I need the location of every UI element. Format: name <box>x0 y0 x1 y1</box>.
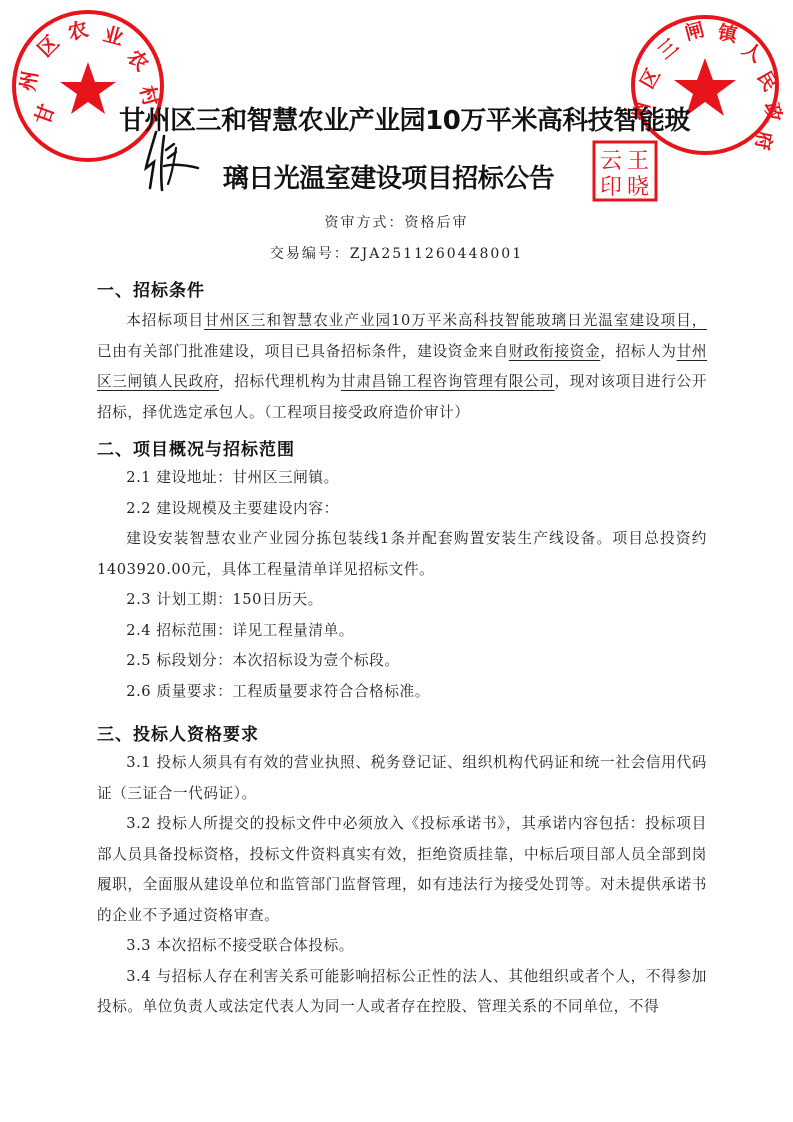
section-3-body: 3.1 投标人须具有有效的营业执照、税务登记证、组织机构代码证和统一社会信用代码… <box>97 748 707 1023</box>
svg-text:农: 农 <box>122 45 153 76</box>
review-method: 资审方式：资格后审 <box>0 212 793 232</box>
svg-text:业: 业 <box>101 22 127 50</box>
text-run: 本招标项目 <box>126 312 204 329</box>
item-2-6: 2.6 质量要求：工程质量要求符合合格标准。 <box>97 677 707 708</box>
svg-text:州: 州 <box>15 69 42 93</box>
svg-text:农: 农 <box>65 16 91 44</box>
svg-text:闸: 闸 <box>682 18 706 45</box>
svg-text:区: 区 <box>636 65 665 92</box>
svg-text:镇: 镇 <box>716 20 741 47</box>
item-3-1: 3.1 投标人须具有有效的营业执照、税务登记证、组织机构代码证和统一社会信用代码… <box>97 748 707 809</box>
document-page: 甘 州 区 农 业 农 村 州 区 三 闸 镇 人 民 政 府 云 王 印 晓 … <box>0 0 793 1122</box>
item-3-2: 3.2 投标人所提交的投标文件中必须放入《投标承诺书》，其承诺内容包括：投标项目… <box>97 809 707 931</box>
item-2-1: 2.1 建设地址：甘州区三闸镇。 <box>97 463 707 494</box>
svg-text:区: 区 <box>33 30 64 61</box>
item-2-2: 2.2 建设规模及主要建设内容： <box>97 494 707 525</box>
agent-name: 甘肃昌锦工程咨询管理有限公司 <box>341 373 555 390</box>
document-title-line-1: 甘州区三和智慧农业产业园10万平米高科技智能玻 <box>8 100 793 137</box>
text-run: ，招标人为 <box>600 343 676 360</box>
project-name: 甘州区三和智慧农业产业园10万平米高科技智能玻璃日光温室建设项目， <box>204 312 707 329</box>
item-3-4: 3.4 与招标人存在利害关系可能影响招标公正性的法人、其他组织或者个人，不得参加… <box>97 962 707 1023</box>
trade-number: 交易编号：ZJA2511260448001 <box>0 243 793 263</box>
item-2-5: 2.5 标段划分：本次招标设为壹个标段。 <box>97 646 707 677</box>
text-run: 已由有关部门批准建设，项目已具备招标条件，建设资金来自 <box>97 343 509 360</box>
document-title-line-2: 璃日光温室建设项目招标公告 <box>0 158 785 195</box>
section-heading-3: 三、投标人资格要求 <box>97 720 259 745</box>
section-heading-1: 一、招标条件 <box>97 276 205 301</box>
fund-source: 财政衔接资金 <box>509 343 601 360</box>
section-1-body: 本招标项目甘州区三和智慧农业产业园10万平米高科技智能玻璃日光温室建设项目，已由… <box>97 306 707 428</box>
section-heading-2: 二、项目概况与招标范围 <box>97 435 295 460</box>
item-2-4: 2.4 招标范围：详见工程量清单。 <box>97 616 707 647</box>
item-3-3: 3.3 本次招标不接受联合体投标。 <box>97 931 707 962</box>
svg-text:三: 三 <box>654 35 683 64</box>
text-run: ，招标代理机构为 <box>219 373 341 390</box>
item-2-3: 2.3 计划工期：150日历天。 <box>97 585 707 616</box>
right-official-seal: 州 区 三 闸 镇 人 民 政 府 <box>625 10 783 160</box>
construction-content: 建设安装智慧农业产业园分拣包装线1条并配套购置安装生产线设备。项目总投资约140… <box>97 524 707 585</box>
tender-conditions-paragraph: 本招标项目甘州区三和智慧农业产业园10万平米高科技智能玻璃日光温室建设项目，已由… <box>97 306 707 428</box>
section-2-body: 2.1 建设地址：甘州区三闸镇。 2.2 建设规模及主要建设内容： 建设安装智慧… <box>97 463 707 707</box>
